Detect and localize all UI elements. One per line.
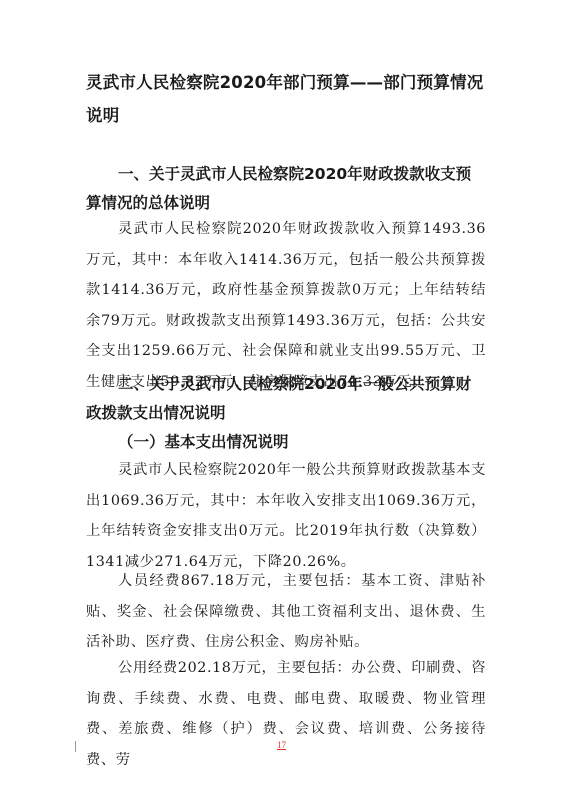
document-title: 灵武市人民检察院2020年部门预算——部门预算情况说明 bbox=[86, 66, 486, 132]
subsection1-paragraph3: 公用经费202.18万元，主要包括：办公费、印刷费、咨询费、手续费、水费、电费、… bbox=[86, 653, 486, 775]
subsection1-paragraph1: 灵武市人民检察院2020年一般公共预算财政拨款基本支出1069.36万元，其中：… bbox=[86, 455, 486, 577]
subsection1-paragraph2: 人员经费867.18万元，主要包括：基本工资、津贴补贴、奖金、社会保障缴费、其他… bbox=[86, 566, 486, 658]
section1-heading: 一、关于灵武市人民检察院2020年财政拨款收支预算情况的总体说明 bbox=[86, 160, 486, 218]
page-number: 17 bbox=[277, 740, 286, 750]
subsection1-heading: （一）基本支出情况说明 bbox=[86, 427, 486, 456]
section2-heading: 二、关于灵武市人民检察院2020年一般公共预算财政拨款支出情况说明 bbox=[86, 370, 486, 428]
document-page: 灵武市人民检察院2020年部门预算——部门预算情况说明 一、关于灵武市人民检察院… bbox=[0, 0, 565, 800]
text-cursor bbox=[75, 741, 76, 752]
